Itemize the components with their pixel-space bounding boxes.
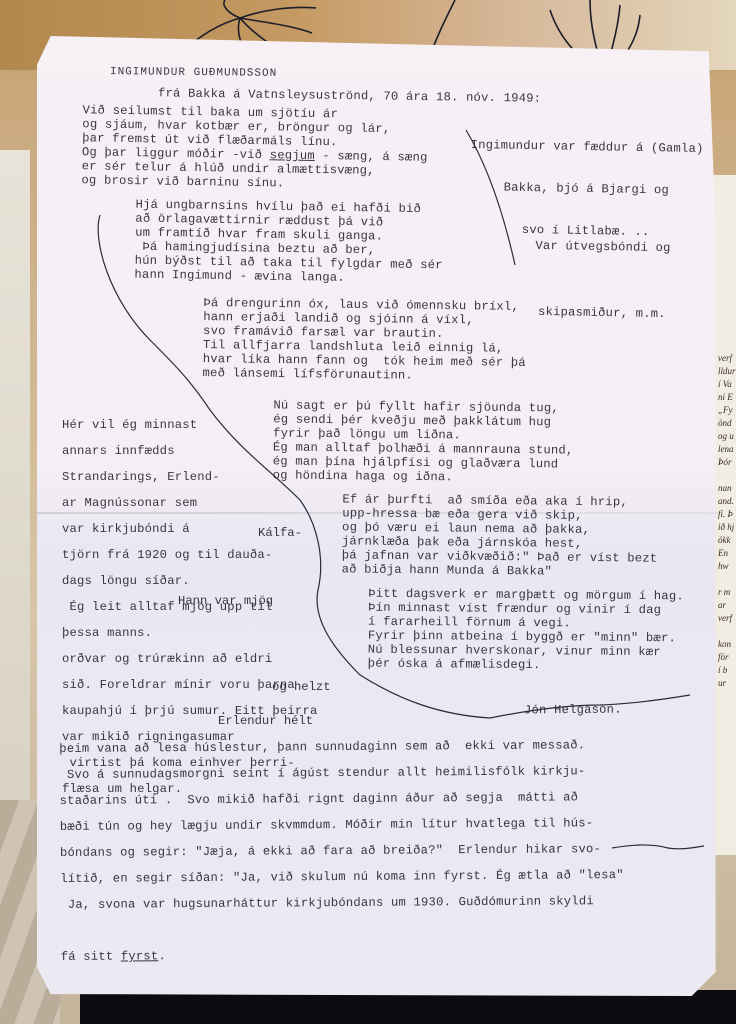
book-text-line: „Fy	[718, 404, 736, 417]
poem-stanza-5: Ef ár þurfti að smíða eða aka í hrip,upp…	[342, 492, 658, 579]
background-book-text: verflldurí Vani E„Fyöndog ulenaÞór nanan…	[718, 352, 736, 690]
poem-stanza-4: Nú sagt er þú fyllt hafir sjöunda tug,ég…	[273, 398, 574, 485]
book-text-line: verf	[718, 352, 736, 365]
book-text-line	[718, 573, 736, 586]
recollection-line	[60, 914, 624, 944]
book-text-line: verf	[718, 612, 736, 625]
book-text-line: nan	[718, 482, 736, 495]
poem-stanza-2: Hjá ungbarnsins hvílu það ei hafði biðað…	[134, 198, 443, 287]
book-text-line: ið hj	[718, 521, 736, 534]
recollection-line: þeim vana að lesa húslestur, þann sunnud…	[59, 732, 623, 762]
recollection-line: Ja, svona var hugsunarháttur kirkjubónda…	[60, 888, 624, 918]
book-text-line: lldur	[718, 365, 736, 378]
book-text-line: lena	[718, 443, 736, 456]
recollection-line: orðvar og trúrækinn að eldri	[62, 646, 317, 672]
book-text-line: En	[718, 547, 736, 560]
book-text-line: í b	[718, 664, 736, 677]
recollection-line: lítið, en segir síðan: "Ja, við skulum n…	[60, 862, 624, 892]
book-text-line: r m	[718, 586, 736, 599]
recollection-line: dags löngu síðar.	[62, 568, 317, 594]
recollection-line: fá sitt fyrst.	[61, 940, 625, 970]
recollection-fragment: Kálfa-	[258, 526, 302, 540]
book-text-line: ur	[718, 677, 736, 690]
book-text-line: ni E	[718, 391, 736, 404]
document-title: INGIMUNDUR GUÐMUNDSSON	[110, 65, 277, 81]
poem-line: þér óska á afmælisdegi.	[368, 657, 684, 674]
wall-background	[0, 150, 30, 810]
book-text-line: Þór	[718, 456, 736, 469]
recollection-bottom-paragraph: þeim vana að lesa húslestur, þann sunnud…	[59, 732, 624, 970]
recollection-line: ar Magnússonar sem	[62, 490, 317, 516]
side-note-line: Var útvegsbóndi og	[535, 235, 671, 259]
recollection-line: tjörn frá 1920 og til dauða-	[62, 542, 317, 568]
book-text-line: í Va	[718, 378, 736, 391]
poem-stanza-6: Þitt dagsverk er margþætt og mörgum í ha…	[368, 587, 684, 674]
side-note-line: skipasmiður, m.m.	[534, 301, 670, 325]
book-text-line: og u	[718, 430, 736, 443]
recollection-fragment: og helzt	[272, 680, 331, 694]
book-text-line: and.	[718, 495, 736, 508]
side-note-line: Ingimundur var fæddur á (Gamla)	[471, 138, 704, 156]
book-text-line	[718, 469, 736, 482]
recollection-line: bóndans og segir: "Jæja, á ekki að fara …	[60, 836, 624, 866]
recollection-line: bæði tún og hey lægju undir skvmmdum. Mó…	[60, 810, 624, 840]
book-text-line: fi. Þ	[718, 508, 736, 521]
book-text-line: ar	[718, 599, 736, 612]
book-text-line	[718, 625, 736, 638]
recollection-fragment: Erlendur hélt	[218, 714, 313, 728]
recollection-line: Svo á sunnudagsmorgni seint í ágúst sten…	[59, 758, 623, 788]
poem-stanza-1: Við seilumst til baka um sjötíu árog sjá…	[81, 103, 428, 192]
book-text-line: hw	[718, 560, 736, 573]
side-note-occupation: Var útvegsbóndi og skipasmiður, m.m.	[534, 191, 672, 347]
recollection-line: Strandarings, Erlend-	[62, 464, 317, 490]
recollection-line: Hér vil ég minnast	[62, 412, 317, 438]
book-text-line: ökk	[718, 534, 736, 547]
recollection-line: staðarins úti . Svo mikið hafði rignt da…	[60, 784, 624, 814]
book-text-line: för	[718, 651, 736, 664]
recollection-fragment: Hann var mjög	[178, 594, 273, 608]
book-text-line: kon	[718, 638, 736, 651]
poem-stanza-3: Þá drengurinn óx, laus við ómennsku bríx…	[202, 296, 526, 384]
recollection-line: annars innfædds	[62, 438, 317, 464]
poem-signature: Jón Helgason.	[524, 703, 622, 718]
book-text-line: önd	[718, 417, 736, 430]
recollection-line: þessa manns.	[62, 620, 317, 646]
